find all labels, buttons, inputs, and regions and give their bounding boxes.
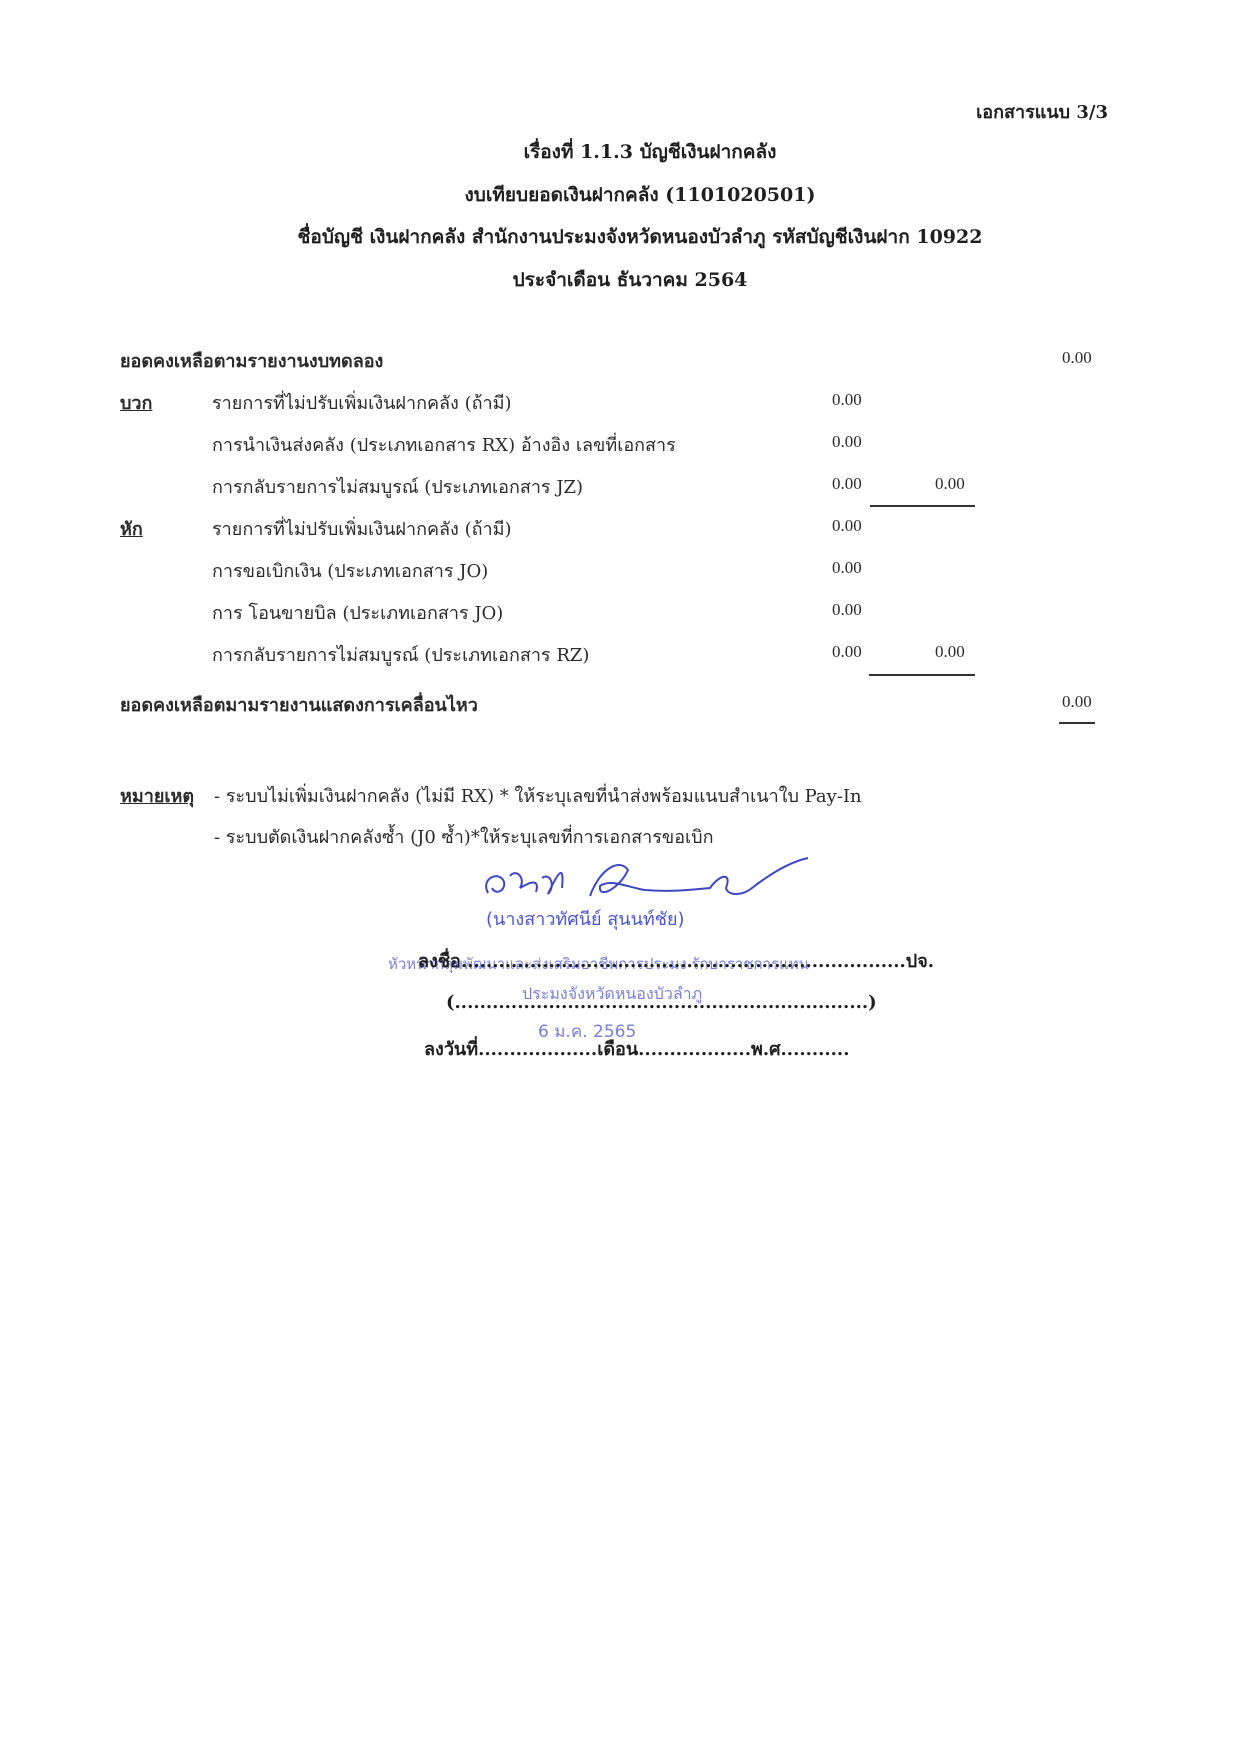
deduct-item-label: การ โอนขายบิล (ประเภทเอกสาร JO) [212, 598, 503, 627]
closing-total-rule [1059, 722, 1095, 724]
closing-balance-label: ยอดคงเหลือตมามรายงานแสดงการเคลื่อนไหว [120, 690, 478, 719]
note-line: - ระบบตัดเงินฝากคลังซ้ำ (J0 ซ้ำ)*ให้ระบุ… [214, 822, 714, 851]
note-line: - ระบบไม่เพิ่มเงินฝากคลัง (ไม่มี RX) * ใ… [214, 781, 862, 810]
add-subtotal: 0.00 [935, 474, 965, 494]
deduct-item-label: การขอเบิกเงิน (ประเภทเอกสาร JO) [212, 556, 488, 585]
title-account: ชื่อบัญชี เงินฝากคลัง สำนักงานประมงจังหว… [20, 222, 1240, 252]
add-section-label: บวก [120, 388, 152, 417]
deduct-item-amount: 0.00 [832, 600, 862, 620]
add-item-label: รายการที่ไม่ปรับเพิ่มเงินฝากคลัง (ถ้ามี) [212, 388, 511, 417]
deduct-item-label: รายการที่ไม่ปรับเพิ่มเงินฝากคลัง (ถ้ามี) [212, 514, 511, 543]
deduct-subtotal: 0.00 [935, 642, 965, 662]
deduct-item-amount: 0.00 [832, 642, 862, 662]
add-item-amount: 0.00 [832, 432, 862, 452]
sign-label: ลงชื่อ [418, 951, 461, 972]
add-item-amount: 0.00 [832, 474, 862, 494]
deduct-item-amount: 0.00 [832, 558, 862, 578]
title-subject: เรื่องที่ 1.1.3 บัญชีเงินฝากคลัง [30, 137, 1240, 167]
deduct-item-amount: 0.00 [832, 516, 862, 536]
add-item-label: การนำเงินส่งคลัง (ประเภทเอกสาร RX) อ้างอ… [212, 430, 676, 459]
attachment-label: เอกสารแนบ 3/3 [976, 97, 1108, 126]
title-period: ประจำเดือน ธันวาคม 2564 [10, 265, 1240, 295]
deduct-item-label: การกลับรายการไม่สมบูรณ์ (ประเภทเอกสาร RZ… [212, 640, 589, 669]
notes-label: หมายเหตุ [120, 781, 194, 810]
closing-balance-total: 0.00 [1062, 692, 1092, 712]
month-label: เดือน [597, 1039, 638, 1060]
date-line: ลงวันที่...................เดือน........… [424, 1034, 849, 1063]
date-label: ลงวันที่ [424, 1039, 478, 1060]
sign-line: ลงชื่อ..................................… [418, 946, 934, 975]
sign-suffix: ปจ. [906, 951, 934, 972]
deduct-subtotal-rule [869, 674, 975, 676]
add-subtotal-rule [870, 505, 975, 507]
add-item-label: การกลับรายการไม่สมบูรณ์ (ประเภทเอกสาร JZ… [212, 472, 583, 501]
signer-name: (นางสาวทัศนีย์ สุนนท์ชัย) [486, 904, 685, 933]
title-statement: งบเทียบยอดเงินฝากคลัง (1101020501) [20, 180, 1240, 210]
opening-balance-total: 0.00 [1062, 348, 1092, 368]
opening-balance-label: ยอดคงเหลือตามรายงานงบทดลอง [120, 346, 383, 375]
year-label: พ.ศ [751, 1039, 781, 1060]
sign-dots: ........................................… [461, 951, 906, 972]
name-line: (.......................................… [446, 992, 877, 1013]
deduct-section-label: หัก [120, 514, 143, 543]
add-item-amount: 0.00 [832, 390, 862, 410]
